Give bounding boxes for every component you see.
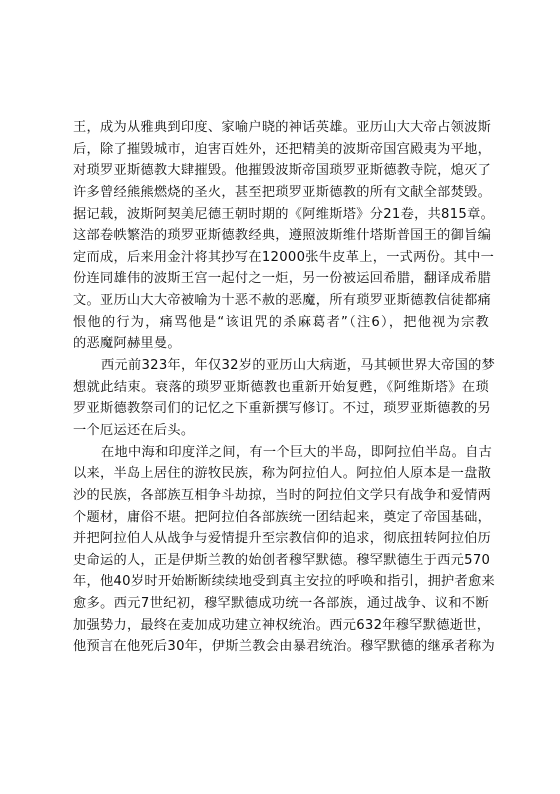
text-line: 西元前323年，年仅32岁的亚历山大病逝，马其顿世界大帝国的梦 (73, 355, 489, 377)
text-line: 愈多。西元7世纪初，穆罕默德成功统一各部族，通过战争、议和不断 (73, 593, 489, 615)
text-line: 沙的民族，各部族互相争斗劫掠，当时的阿拉伯文学只有战争和爱情两 (73, 485, 489, 507)
paragraph-3: 在地中海和印度洋之间，有一个巨大的半岛，即阿拉伯半岛。自古 以来，半岛上居住的游… (73, 442, 489, 658)
text-line: 一个厄运还在后头。 (73, 420, 489, 442)
text-line: 年，他40岁时开始断断续续地受到真主安拉的呼唤和指引，拥护者愈来 (73, 571, 489, 593)
text-line: 许多曾经熊熊燃烧的圣火，甚至把琐罗亚斯德教的所有文献全部焚毁。 (73, 182, 489, 204)
text-line: 的恶魔阿赫里曼。 (73, 333, 489, 355)
document-page: 王，成为从雅典到印度、家喻户晓的神话英雄。亚历山大大帝占领波斯 后，除了摧毁城市… (0, 0, 560, 794)
text-line: 王，成为从雅典到印度、家喻户晓的神话英雄。亚历山大大帝占领波斯 (73, 117, 489, 139)
text-line: 定而成，后来用金汁将其抄写在12000张牛皮革上，一式两份。其中一 (73, 247, 489, 269)
paragraph-2: 西元前323年，年仅32岁的亚历山大病逝，马其顿世界大帝国的梦 想就此结束。衰落… (73, 355, 489, 442)
text-line: 这部卷帙繁浩的琐罗亚斯德教经典，遵照波斯维什塔斯普国王的御旨编 (73, 225, 489, 247)
text-line: 他预言在他死后30年，伊斯兰教会由暴君统治。穆罕默德的继承者称为 (73, 636, 489, 658)
text-line: 史命运的人，正是伊斯兰教的始创者穆罕默德。穆罕默德生于西元570 (73, 550, 489, 572)
text-line: 并把阿拉伯人从战争与爱情提升至宗教信仰的追求，彻底扭转阿拉伯历 (73, 528, 489, 550)
text-line: 据记载，波斯阿契美尼德王朝时期的《阿维斯塔》分21卷，共815章。 (73, 204, 489, 226)
text-line: 加强势力，最终在麦加成功建立神权统治。西元632年穆罕默德逝世， (73, 615, 489, 637)
body-text: 王，成为从雅典到印度、家喻户晓的神话英雄。亚历山大大帝占领波斯 后，除了摧毁城市… (73, 117, 489, 658)
text-line: 恨他的行为，痛骂他是“该诅咒的杀麻葛者”（注6），把他视为宗教 (73, 312, 489, 334)
text-line: 罗亚斯德教祭司们的记忆之下重新撰写修订。不过，琐罗亚斯德教的另 (73, 398, 489, 420)
text-line: 想就此结束。衰落的琐罗亚斯德教也重新开始复甦，《阿维斯塔》在琐 (73, 377, 489, 399)
text-line: 以来，半岛上居住的游牧民族，称为阿拉伯人。阿拉伯人原本是一盘散 (73, 463, 489, 485)
text-line: 对琐罗亚斯德教大肆摧毁。他摧毁波斯帝国琐罗亚斯德教寺院，熄灭了 (73, 160, 489, 182)
text-line: 文。亚历山大大帝被喻为十恶不赦的恶魔，所有琐罗亚斯德教信徒都痛 (73, 290, 489, 312)
paragraph-1: 王，成为从雅典到印度、家喻户晓的神话英雄。亚历山大大帝占领波斯 后，除了摧毁城市… (73, 117, 489, 355)
text-line: 后，除了摧毁城市，迫害百姓外，还把精美的波斯帝国宫殿夷为平地， (73, 139, 489, 161)
text-line: 在地中海和印度洋之间，有一个巨大的半岛，即阿拉伯半岛。自古 (73, 442, 489, 464)
text-line: 个题材，庸俗不堪。把阿拉伯各部族统一团结起来，奠定了帝国基础， (73, 507, 489, 529)
text-line: 份连同雄伟的波斯王宫一起付之一炬，另一份被运回希腊，翻译成希腊 (73, 268, 489, 290)
